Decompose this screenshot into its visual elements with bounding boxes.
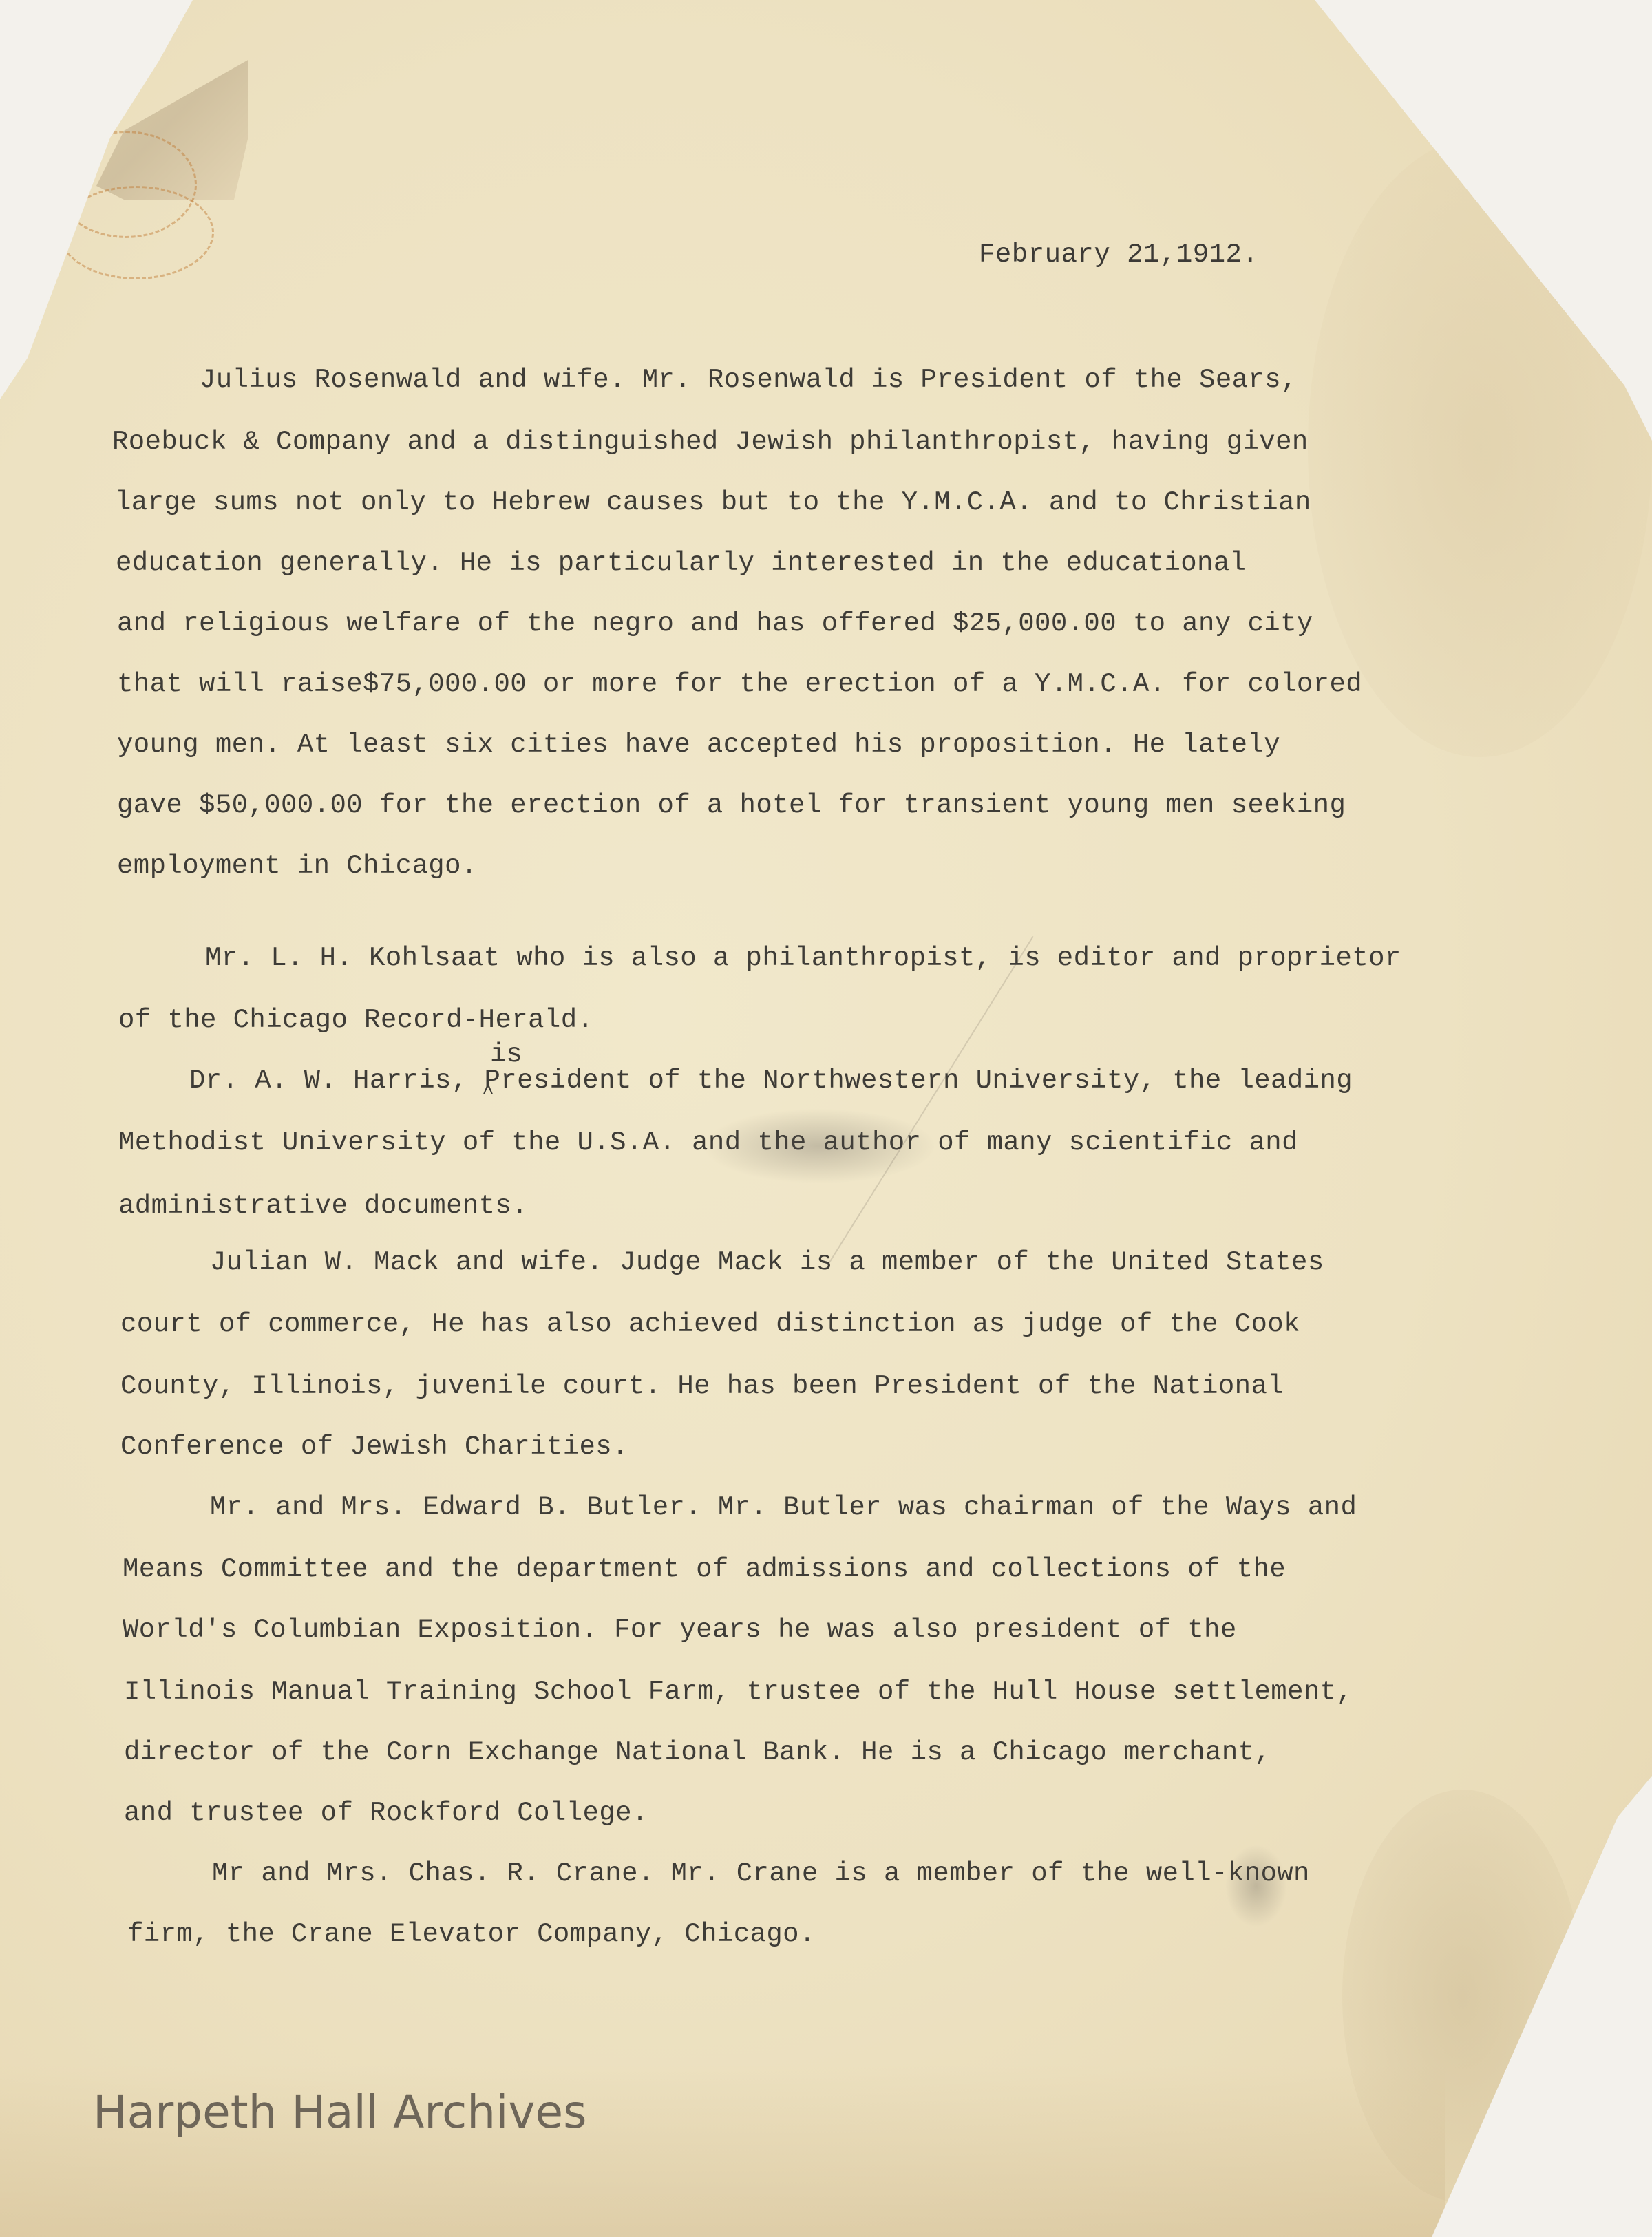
- text-line: Mr. and Mrs. Edward B. Butler. Mr. Butle…: [210, 1492, 1357, 1523]
- text-line: and religious welfare of the negro and h…: [117, 608, 1313, 639]
- paper-crease: [828, 936, 1033, 1264]
- text-line: Mr and Mrs. Chas. R. Crane. Mr. Crane is…: [212, 1858, 1310, 1889]
- ink-smudge: [702, 1108, 936, 1184]
- text-line: Conference of Jewish Charities.: [120, 1432, 628, 1462]
- text-line: Julius Rosenwald and wife. Mr. Rosenwald…: [200, 365, 1298, 395]
- document-date: February 21,1912.: [979, 240, 1258, 270]
- text-line: young men. At least six cities have acce…: [117, 730, 1280, 760]
- ink-smudge: [1225, 1845, 1287, 1927]
- text-line: large sums not only to Hebrew causes but…: [115, 487, 1311, 518]
- text-line: administrative documents.: [118, 1191, 528, 1221]
- text-line: Julian W. Mack and wife. Judge Mack is a…: [210, 1247, 1324, 1277]
- text-line: Roebuck & Company and a distinguished Je…: [112, 427, 1309, 457]
- text-line: court of commerce, He has also achieved …: [120, 1309, 1300, 1339]
- text-line: Dr. A. W. Harris, President of the North…: [189, 1066, 1353, 1096]
- text-line: World's Columbian Exposition. For years …: [123, 1615, 1237, 1645]
- text-line: director of the Corn Exchange National B…: [124, 1737, 1271, 1768]
- text-line: Means Committee and the department of ad…: [123, 1554, 1286, 1584]
- text-line: education generally. He is particularly …: [116, 548, 1246, 578]
- text-line: of the Chicago Record-Herald.: [118, 1005, 593, 1035]
- text-line: Mr. L. H. Kohlsaat who is also a philant…: [205, 943, 1401, 973]
- paper-stain: [1342, 1790, 1583, 2203]
- text-line: gave $50,000.00 for the erection of a ho…: [117, 790, 1346, 820]
- text-line: employment in Chicago.: [117, 851, 478, 881]
- text-line: firm, the Crane Elevator Company, Chicag…: [127, 1919, 816, 1949]
- rust-stain: [59, 186, 214, 279]
- paper-stain: [1308, 138, 1652, 757]
- text-line: Illinois Manual Training School Farm, tr…: [124, 1677, 1353, 1707]
- text-line: County, Illinois, juvenile court. He has…: [120, 1371, 1284, 1401]
- caret-mark: ^: [482, 1082, 494, 1105]
- archive-watermark: Harpeth Hall Archives: [93, 2086, 586, 2139]
- text-line: and trustee of Rockford College.: [124, 1798, 648, 1828]
- text-line: that will raise$75,000.00 or more for th…: [117, 669, 1362, 699]
